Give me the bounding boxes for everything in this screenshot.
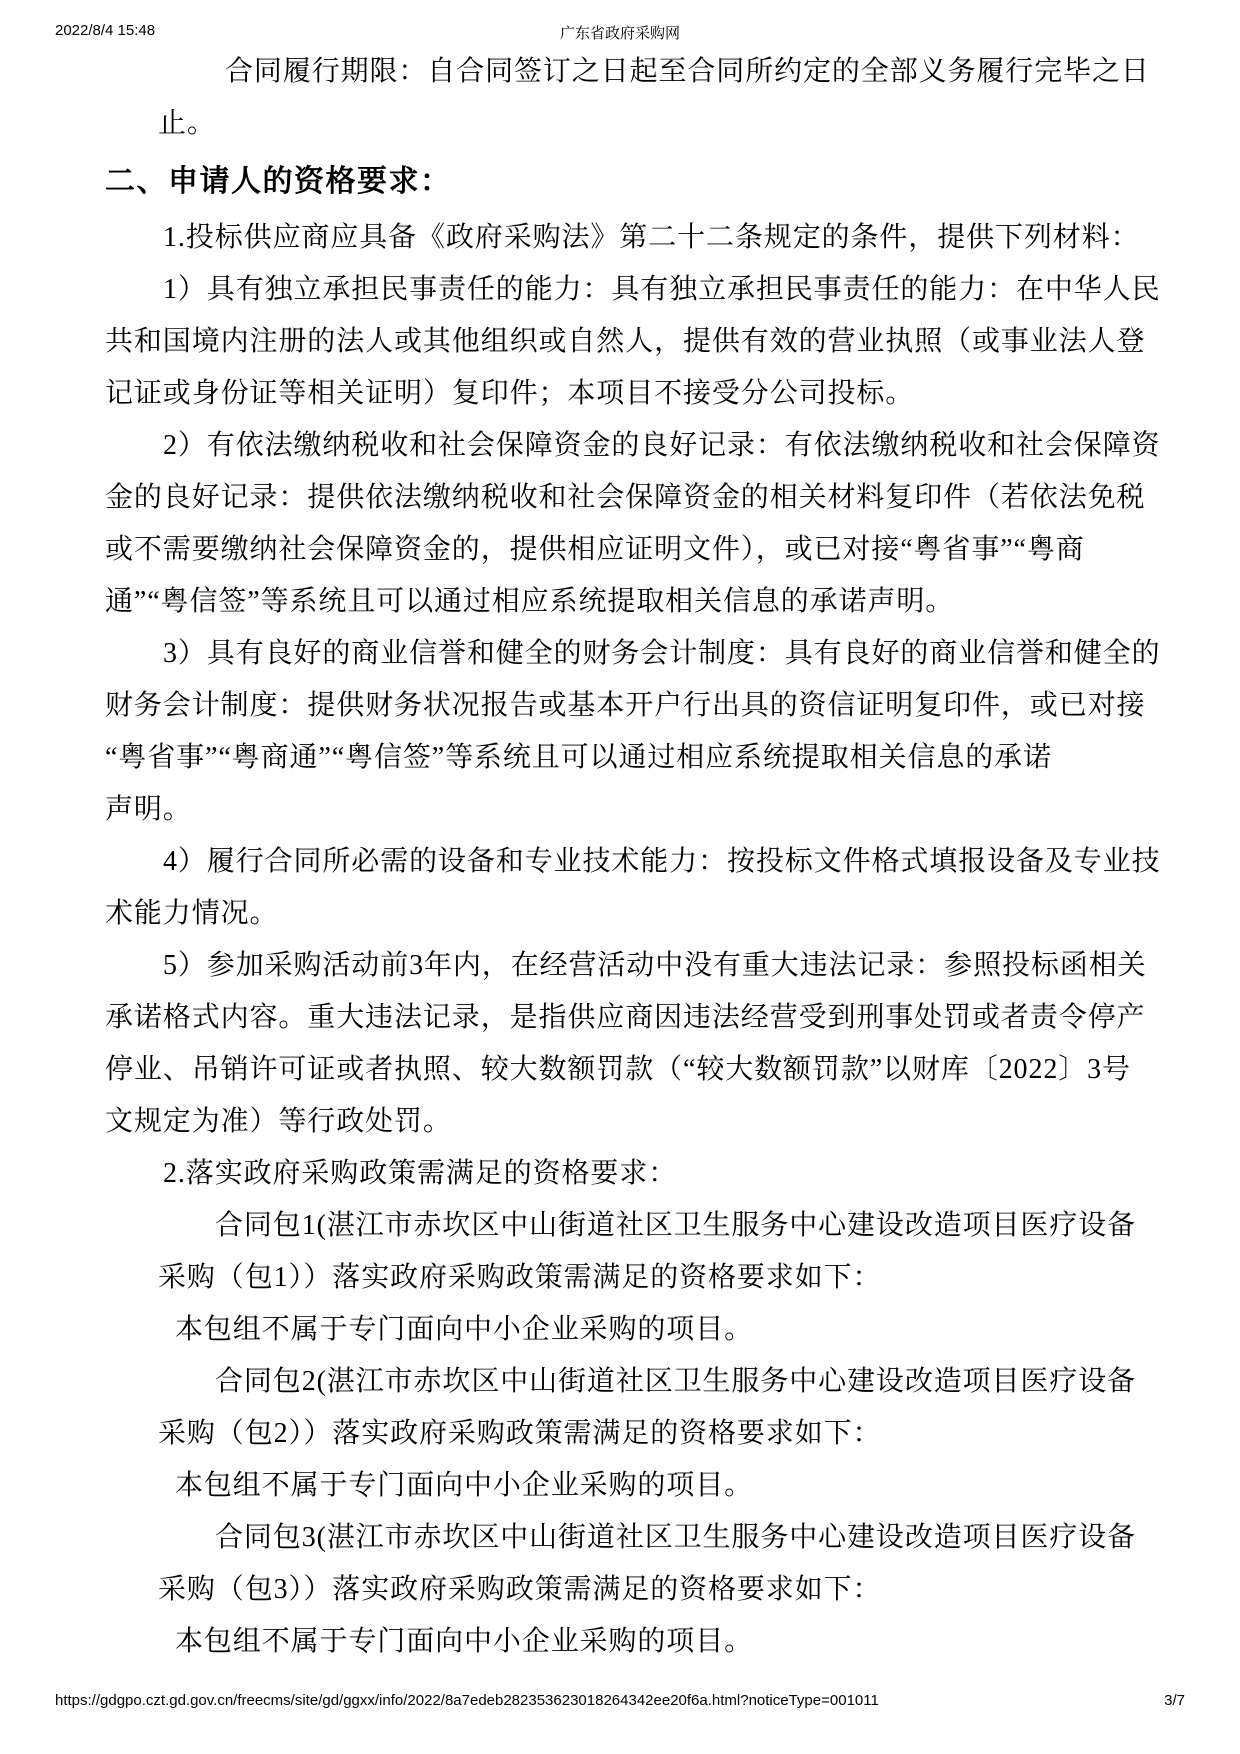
document-line: 本包组不属于专门面向中小企业采购的项目。 [105,1460,1180,1512]
document-line: 3）具有良好的商业信誉和健全的财务会计制度：具有良好的商业信誉和健全的 [105,628,1180,680]
document-line: 止。 [105,98,1180,150]
document-line: 合同包2(湛江市赤坎区中山街道社区卫生服务中心建设改造项目医疗设备 [105,1356,1180,1408]
document-line: 1）具有独立承担民事责任的能力：具有独立承担民事责任的能力：在中华人民 [105,264,1180,316]
document-line: 4）履行合同所必需的设备和专业技术能力：按投标文件格式填报设备及专业技 [105,836,1180,888]
printed-page: 2022/8/4 15:48 广东省政府采购网 合同履行期限：自合同签订之日起至… [0,0,1240,1754]
document-line: 采购（包3））落实政府采购政策需满足的资格要求如下： [105,1564,1180,1616]
section-heading: 二、申请人的资格要求： [105,156,1180,208]
document-line: 合同包3(湛江市赤坎区中山街道社区卫生服务中心建设改造项目医疗设备 [105,1512,1180,1564]
document-line: 5）参加采购活动前3年内，在经营活动中没有重大违法记录：参照投标函相关 [105,940,1180,992]
document-line: 承诺格式内容。重大违法记录，是指供应商因违法经营受到刑事处罚或者责令停产 [105,992,1180,1044]
document-line: 金的良好记录：提供依法缴纳税收和社会保障资金的相关材料复印件（若依法免税 [105,472,1180,524]
document-line: 1.投标供应商应具备《政府采购法》第二十二条规定的条件，提供下列材料： [105,212,1180,264]
document-line: 记证或身份证等相关证明）复印件；本项目不接受分公司投标。 [105,368,1180,420]
print-header: 2022/8/4 15:48 广东省政府采购网 [55,22,1185,42]
document-line: 本包组不属于专门面向中小企业采购的项目。 [105,1304,1180,1356]
source-url: https://gdgpo.czt.gd.gov.cn/freecms/site… [55,1692,879,1709]
document-line: 声明。 [105,784,1180,836]
document-line: “粤省事”“粤商通”“粤信签”等系统且可以通过相应系统提取相关信息的承诺 [105,732,1180,784]
document-line: 采购（包1））落实政府采购政策需满足的资格要求如下： [105,1252,1180,1304]
document-line: 共和国境内注册的法人或其他组织或自然人，提供有效的营业执照（或事业法人登 [105,316,1180,368]
document-line: 本包组不属于专门面向中小企业采购的项目。 [105,1616,1180,1668]
document-line: 或不需要缴纳社会保障资金的，提供相应证明文件），或已对接“粤省事”“粤商 [105,524,1180,576]
document-line: 通”“粤信签”等系统且可以通过相应系统提取相关信息的承诺声明。 [105,576,1180,628]
document-line: 停业、吊销许可证或者执照、较大数额罚款（“较大数额罚款”以财库〔2022〕3号 [105,1044,1180,1096]
document-line: 文规定为准）等行政处罚。 [105,1096,1180,1148]
document-line: 采购（包2））落实政府采购政策需满足的资格要求如下： [105,1408,1180,1460]
site-title: 广东省政府采购网 [55,22,1185,43]
document-line: 合同包1(湛江市赤坎区中山街道社区卫生服务中心建设改造项目医疗设备 [105,1200,1180,1252]
document-line: 财务会计制度：提供财务状况报告或基本开户行出具的资信证明复印件，或已对接 [105,680,1180,732]
document-line: 2）有依法缴纳税收和社会保障资金的良好记录：有依法缴纳税收和社会保障资 [105,420,1180,472]
document-line: 2.落实政府采购政策需满足的资格要求： [105,1148,1180,1200]
document-content: 合同履行期限：自合同签订之日起至合同所约定的全部义务履行完毕之日止。二、申请人的… [105,46,1180,1668]
document-line: 术能力情况。 [105,888,1180,940]
page-number: 3/7 [1164,1692,1185,1709]
print-footer: https://gdgpo.czt.gd.gov.cn/freecms/site… [55,1692,1185,1712]
document-line: 合同履行期限：自合同签订之日起至合同所约定的全部义务履行完毕之日 [105,46,1180,98]
